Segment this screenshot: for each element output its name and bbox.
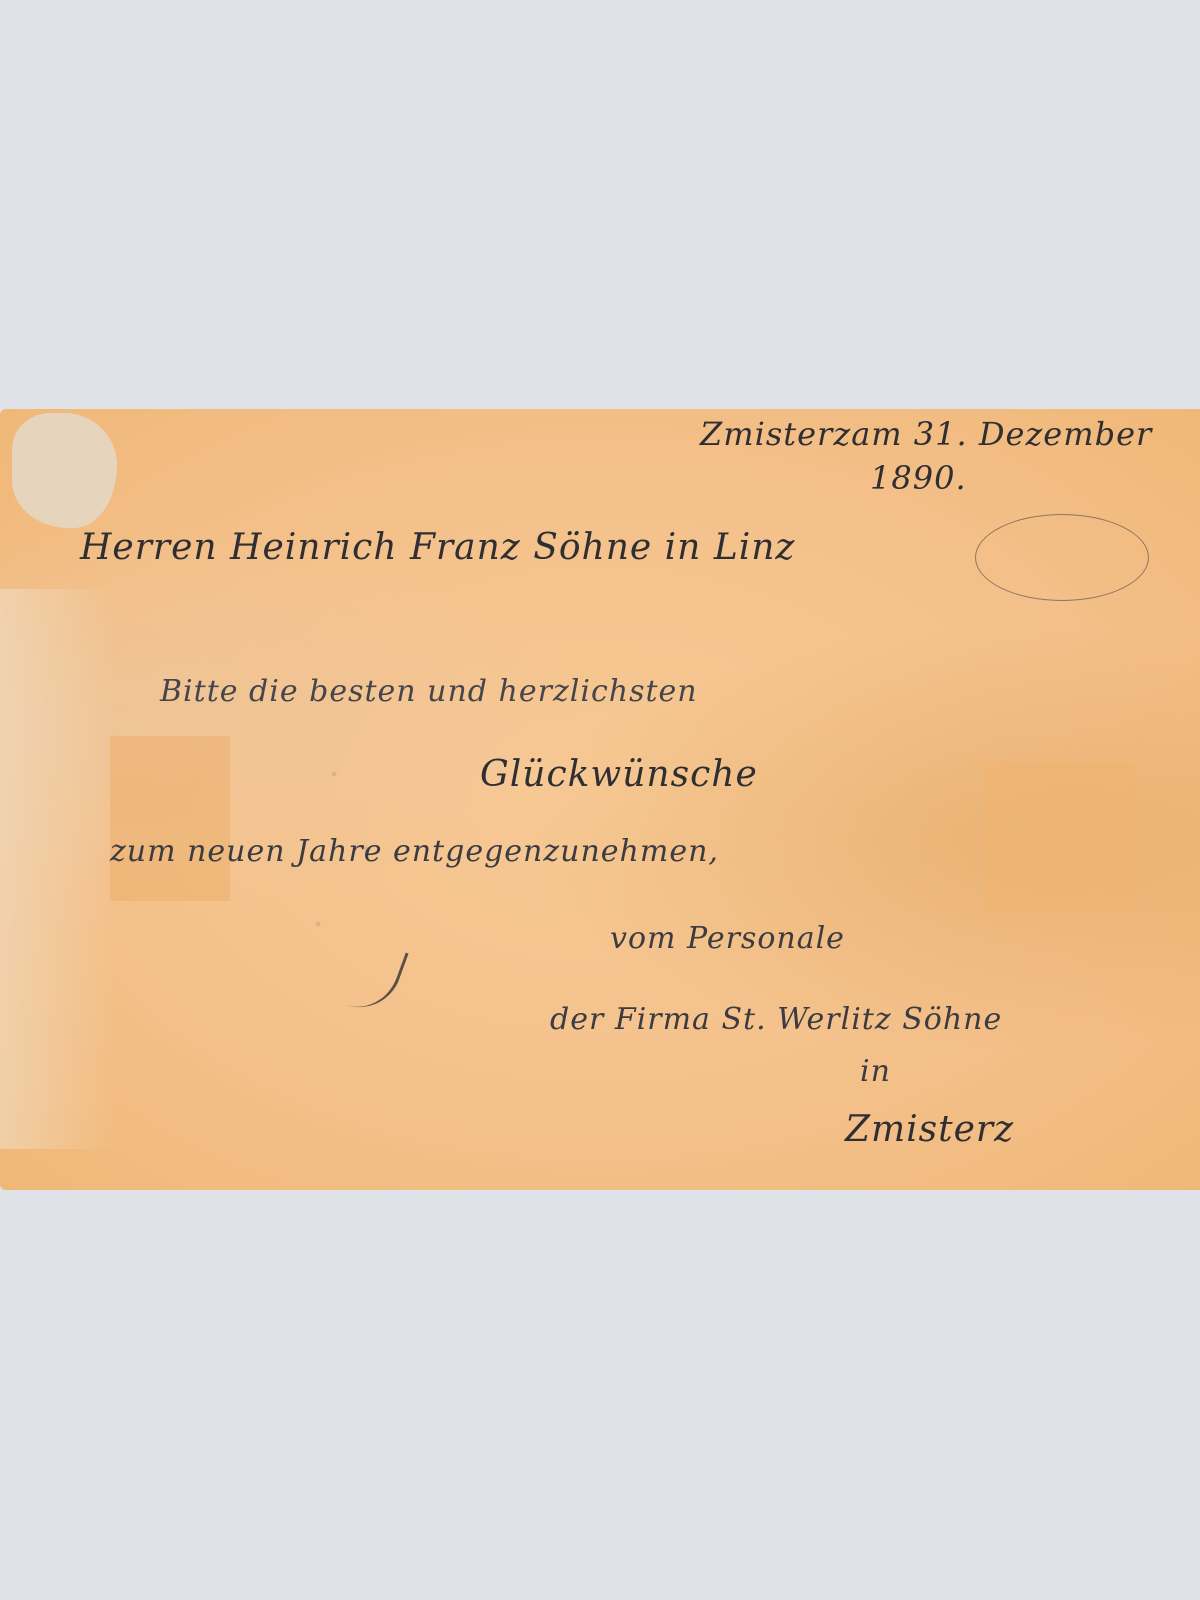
body-line-2: Glückwünsche [480, 754, 758, 795]
tape-residue-left [110, 736, 230, 901]
signature-line-1: vom Personale [610, 921, 845, 956]
address-city: Linz [714, 527, 796, 568]
document-viewer: Zmisterzam 31. Dezember 1890. Herren Hei… [0, 0, 1200, 1600]
tape-residue-right [985, 762, 1135, 912]
signature-line-2: der Firma St. Werlitz Söhne [550, 1002, 1002, 1037]
body-line-3: zum neuen Jahre entgegenzunehmen, [110, 834, 719, 869]
address-line: Herren Heinrich Franz Söhne in Linz [80, 527, 795, 568]
paper-discoloration [0, 589, 115, 1149]
city-circle-mark [975, 514, 1149, 601]
year-line: 1890. [870, 459, 967, 497]
body-line-1: Bitte die besten und herzlichsten [160, 674, 698, 709]
address-recipient: Herren Heinrich Franz Söhne in [80, 527, 701, 568]
signature-line-3: in [860, 1054, 891, 1089]
postcard: Zmisterzam 31. Dezember 1890. Herren Hei… [0, 409, 1200, 1190]
signature-line-4: Zmisterz [845, 1109, 1014, 1150]
paper-stain [12, 413, 117, 528]
place-date-line: Zmisterzam 31. Dezember [700, 415, 1152, 453]
